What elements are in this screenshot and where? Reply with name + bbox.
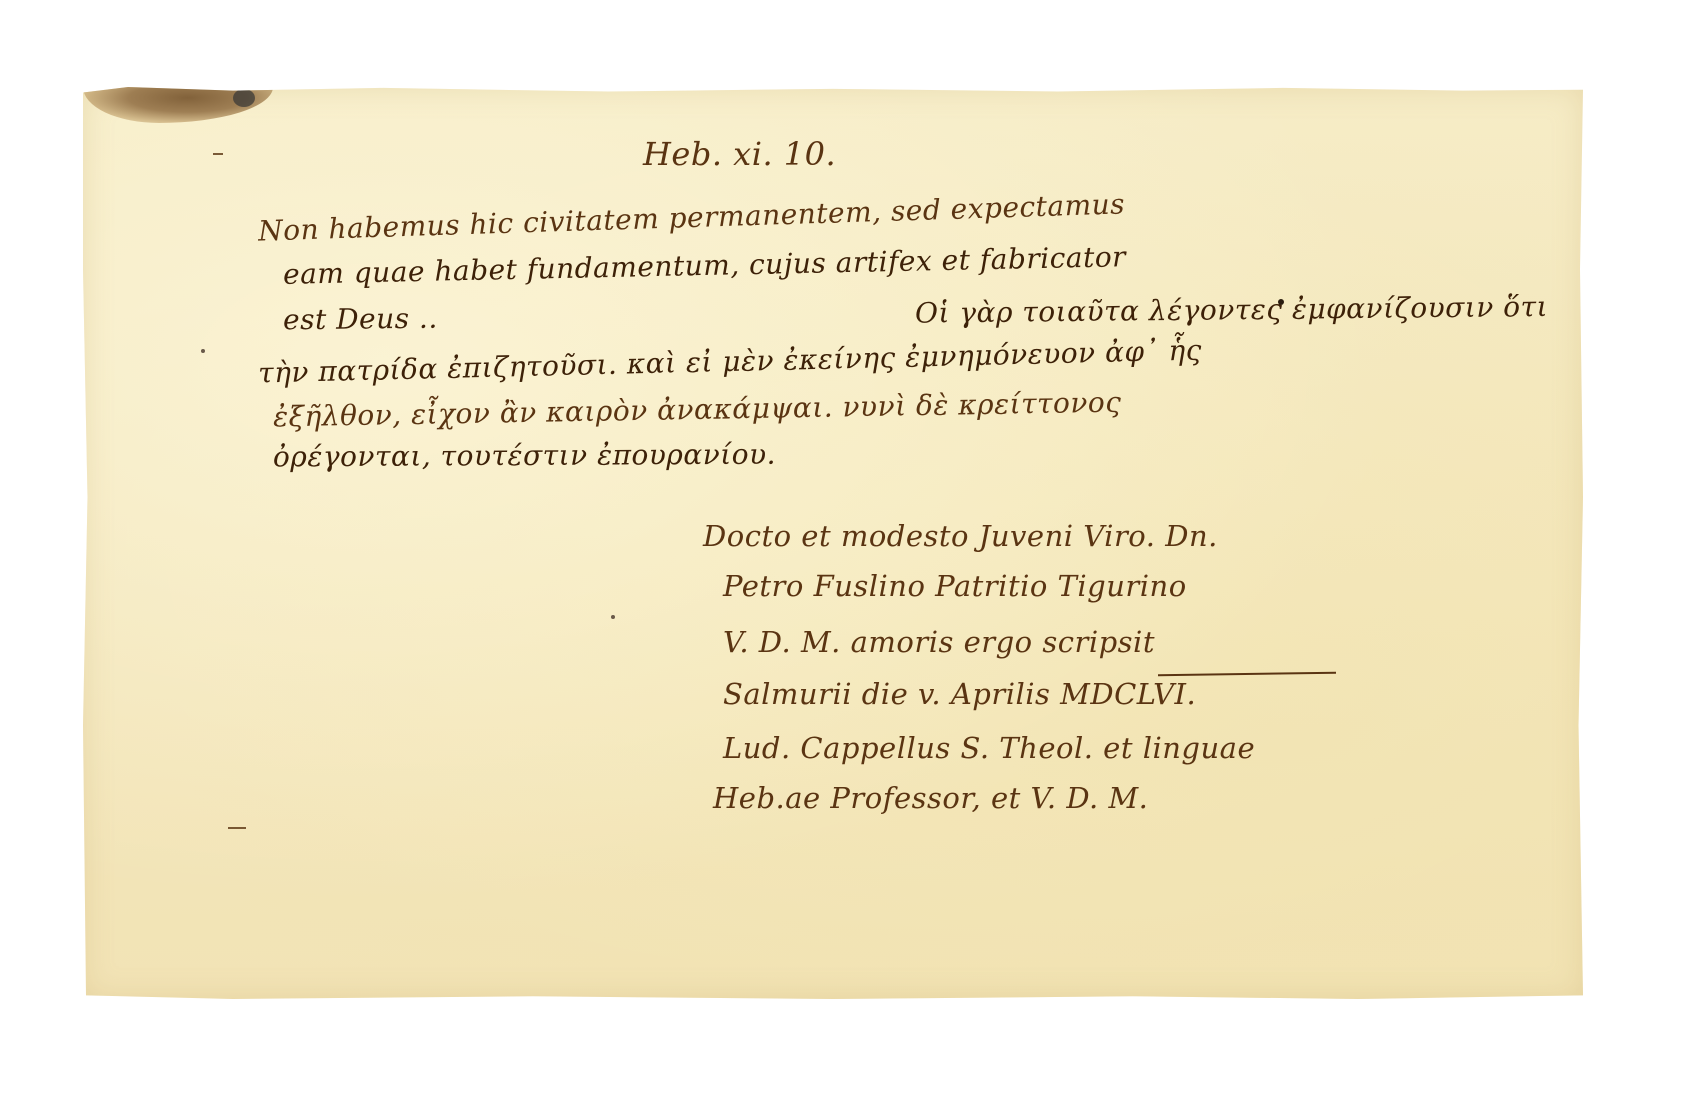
ink-dot — [611, 615, 615, 619]
dedication-line-1: Docto et modesto Juveni Viro. Dn. — [703, 519, 1218, 553]
signature-line: Lud. Cappellus S. Theol. et linguae — [723, 731, 1255, 765]
dedication-line-3: V. D. M. amoris ergo scripsit — [723, 625, 1155, 659]
margin-dash — [228, 827, 246, 829]
body-line-latin-2: eam quae habet fundamentum, cujus artife… — [283, 240, 1127, 291]
ink-dot — [201, 349, 205, 353]
body-line-greek-1: τὴν πατρίδα ἐπιζητοῦσι. καὶ εἰ μὲν ἐκείν… — [258, 333, 1203, 389]
body-line-greek-2: ἐξῆλθον, εἶχον ἂν καιρὸν ἀνακάμψαι. νυνὶ… — [273, 386, 1122, 434]
place-date-line: Salmurii die v. Aprilis MDCLVI. — [723, 677, 1196, 711]
scan-canvas: Heb. xi. 10. Non habemus hic civitatem p… — [0, 0, 1704, 1108]
dedication-line-2: Petro Fuslino Patritio Tigurino — [723, 569, 1187, 603]
body-line-latin-3: est Deus .. Οἱ γὰρ τοιαῦτα λέγοντες ἐμφα… — [283, 291, 1483, 337]
signature-title-line: Heb.ae Professor, et V. D. M. — [713, 781, 1148, 815]
greek-line-start: Οἱ γὰρ τοιαῦτα λέγοντες ἐμφανίζουσιν ὅτι — [915, 290, 1548, 330]
body-line-latin-1: Non habemus hic civitatem permanentem, s… — [258, 187, 1126, 247]
margin-dash — [213, 153, 223, 155]
dark-stain-spot — [233, 89, 255, 107]
latin-closing: est Deus .. — [283, 302, 438, 337]
body-line-greek-3: ὀρέγονται, τουτέστιν ἐπουρανίου. — [273, 438, 776, 474]
scripsit-underline — [1158, 672, 1336, 676]
scripture-reference-heading: Heb. xi. 10. — [643, 135, 836, 173]
manuscript-sheet: Heb. xi. 10. Non habemus hic civitatem p… — [83, 87, 1583, 999]
